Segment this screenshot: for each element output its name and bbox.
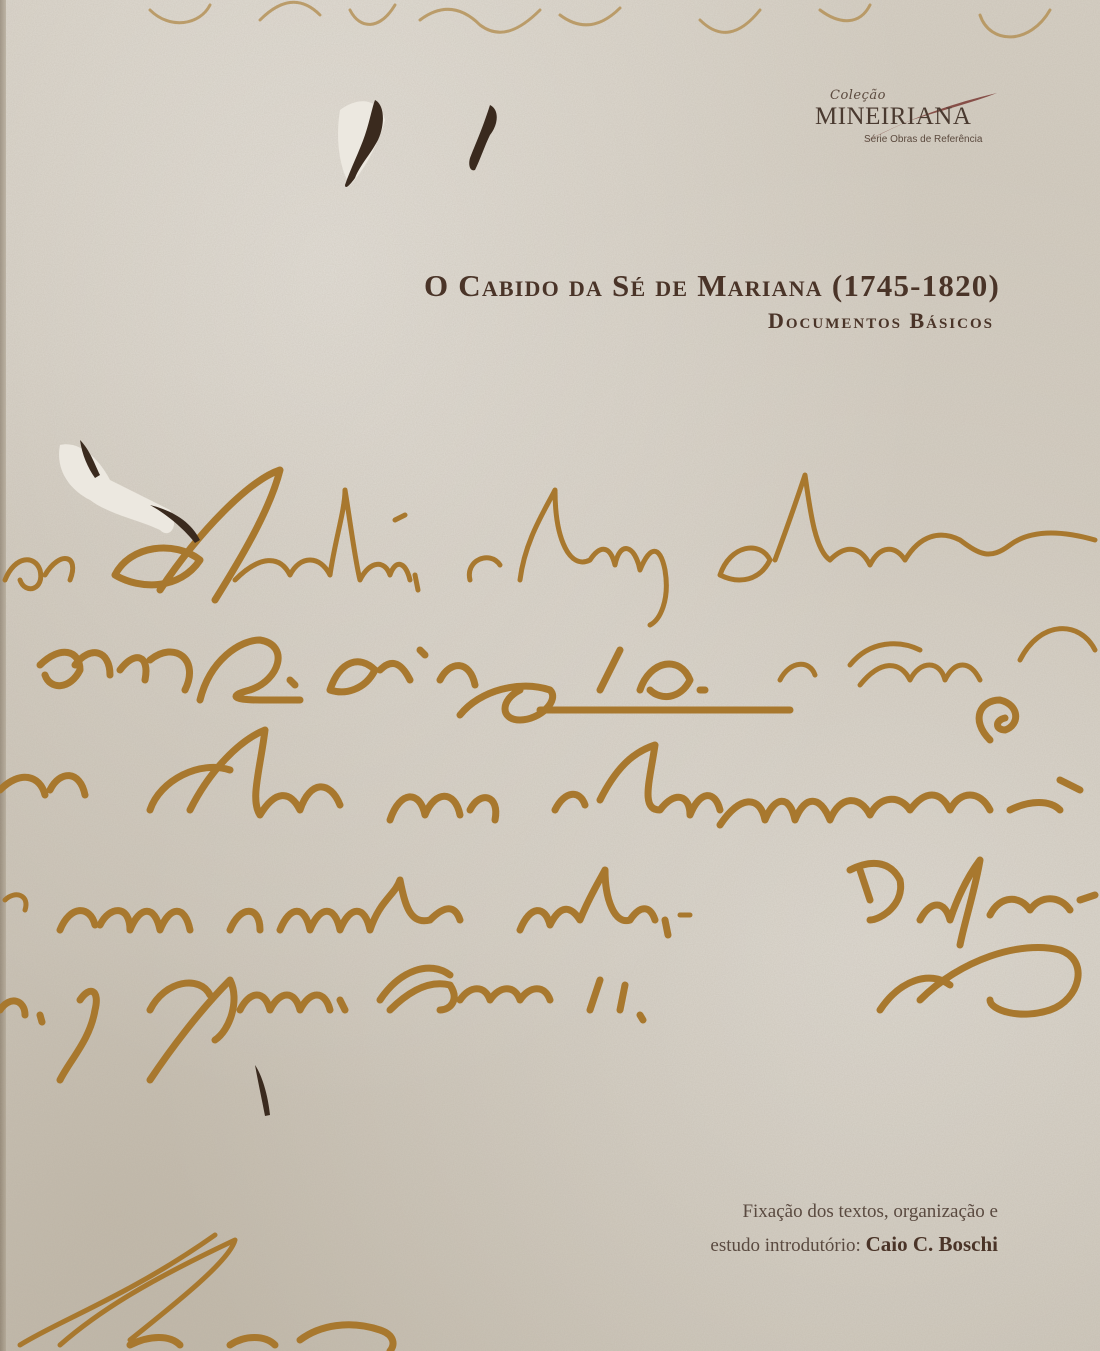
credits-role: estudo introdutório: xyxy=(710,1235,860,1256)
credits-line-1: Fixação dos textos, organização e xyxy=(710,1196,998,1228)
collection-name: MINEIRIANA xyxy=(815,103,971,131)
book-title-dates: (1745-1820) xyxy=(832,268,1000,303)
publisher-logo: Coleção MINEIRIANA Série Obras de Referê… xyxy=(812,88,1022,158)
collection-prefix: Coleção xyxy=(830,88,886,103)
book-subtitle: Documentos Básicos xyxy=(424,308,1000,334)
book-title: O Cabido da Sé de Mariana (1745-1820) xyxy=(424,268,1000,304)
book-title-main: O Cabido da Sé de Mariana xyxy=(424,268,823,303)
author-name: Caio C. Boschi xyxy=(866,1232,998,1256)
series-label: Série Obras de Referência xyxy=(864,134,982,145)
book-cover: Coleção MINEIRIANA Série Obras de Referê… xyxy=(0,0,1100,1351)
credits-line-2: estudo introdutório: Caio C. Boschi xyxy=(710,1228,998,1262)
paper-damage xyxy=(0,0,1100,1351)
credits: Fixação dos textos, organização e estudo… xyxy=(710,1196,998,1262)
title-block: O Cabido da Sé de Mariana (1745-1820) Do… xyxy=(424,268,1000,334)
